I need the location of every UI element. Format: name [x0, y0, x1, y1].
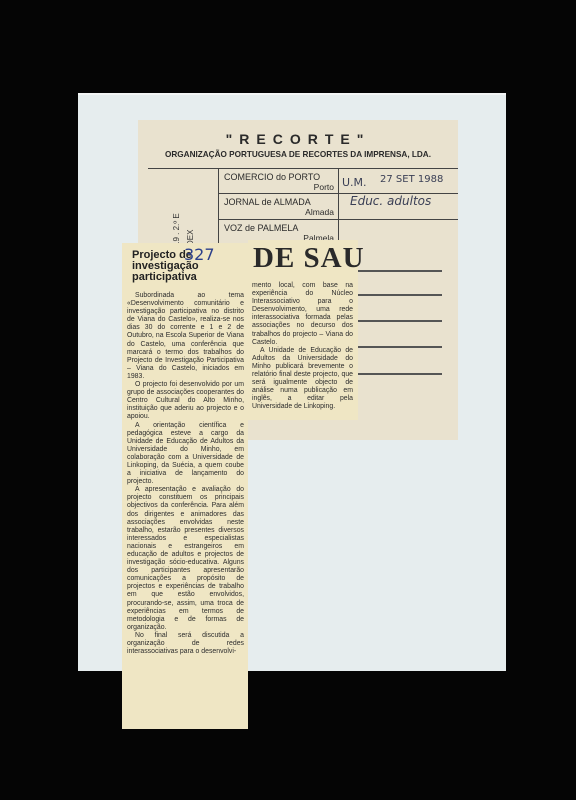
- margin-rule: [358, 320, 442, 322]
- side-stamp-line1: 19 . 2.º E: [172, 213, 181, 246]
- publication-row: COMERCIO do PORTO Porto: [224, 172, 334, 192]
- paragraph: Subordinada ao tema «Desenvolvimento com…: [127, 292, 244, 381]
- paragraph: O projecto foi desenvolvido por um grupo…: [127, 381, 244, 421]
- publication-name: JORNAL de ALMADA: [224, 197, 334, 207]
- margin-rule: [358, 294, 442, 296]
- paragraph: A apresentação e avaliação do projecto c…: [127, 486, 244, 632]
- publication-name: VOZ de PALMELA: [224, 223, 334, 233]
- header-rule: [148, 168, 458, 169]
- table-divider-left: [218, 168, 219, 248]
- margin-rule: [358, 270, 442, 272]
- margin-rule: [358, 373, 442, 375]
- agency-name: ORGANIZAÇÃO PORTUGUESA DE RECORTES DA IM…: [138, 150, 458, 159]
- table-divider-right: [338, 168, 339, 248]
- article-column-1: Subordinada ao tema «Desenvolvimento com…: [127, 292, 244, 656]
- handwritten-date: 27 SET 1988: [380, 174, 443, 185]
- paragraph: mento local, com base na experiência do …: [252, 282, 353, 347]
- paragraph: No final será discutida a organização de…: [127, 632, 244, 656]
- agency-title: "RECORTE": [138, 131, 458, 147]
- publication-name: COMERCIO do PORTO: [224, 172, 334, 182]
- handwritten-clip-number: 327: [184, 245, 215, 264]
- article-banner: DE SAU: [253, 243, 365, 273]
- handwritten-subject: Educ. adultos: [350, 194, 431, 208]
- handwritten-stamp-prefix: U.M.: [342, 176, 367, 189]
- publication-city: Almada: [224, 207, 334, 217]
- publication-city: Porto: [224, 182, 334, 192]
- paragraph: A orientação científica e pedagógica est…: [127, 422, 244, 487]
- table-row-rule: [218, 219, 458, 220]
- publication-row: JORNAL de ALMADA Almada: [224, 197, 334, 217]
- paragraph: A Unidade de Educação de Adultos da Univ…: [252, 347, 353, 412]
- margin-rule: [358, 346, 442, 348]
- article-column-2: mento local, com base na experiência do …: [252, 282, 353, 412]
- recorte-slip-lower: [248, 420, 458, 440]
